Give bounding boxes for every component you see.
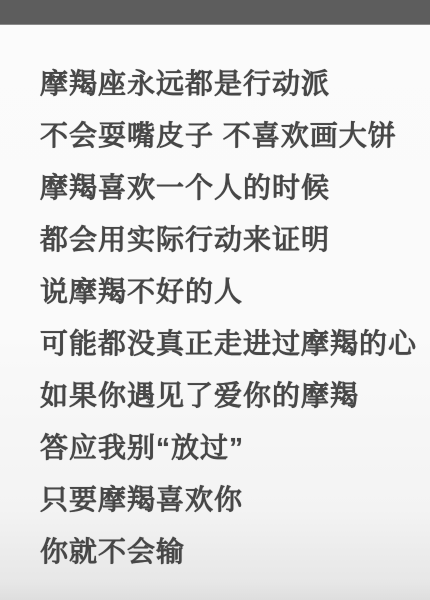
text-line-8: 答应我别“放过” <box>40 433 416 485</box>
top-letterbox-bar <box>0 0 430 25</box>
text-line-9: 只要摩羯喜欢你 <box>40 485 416 537</box>
quote-card: 摩羯座永远都是行动派 不会耍嘴皮子 不喜欢画大饼 摩羯喜欢一个人的时候 都会用实… <box>0 0 430 600</box>
text-line-6: 可能都没真正走进过摩羯的心 <box>40 329 416 381</box>
quote-text-block: 摩羯座永远都是行动派 不会耍嘴皮子 不喜欢画大饼 摩羯喜欢一个人的时候 都会用实… <box>0 25 430 589</box>
text-line-3: 摩羯喜欢一个人的时候 <box>40 173 416 225</box>
text-line-5: 说摩羯不好的人 <box>40 277 416 329</box>
text-line-2: 不会耍嘴皮子 不喜欢画大饼 <box>40 121 416 173</box>
text-line-7: 如果你遇见了爱你的摩羯 <box>40 381 416 433</box>
text-line-4: 都会用实际行动来证明 <box>40 225 416 277</box>
text-line-1: 摩羯座永远都是行动派 <box>40 69 416 121</box>
text-line-10: 你就不会输 <box>40 537 416 589</box>
